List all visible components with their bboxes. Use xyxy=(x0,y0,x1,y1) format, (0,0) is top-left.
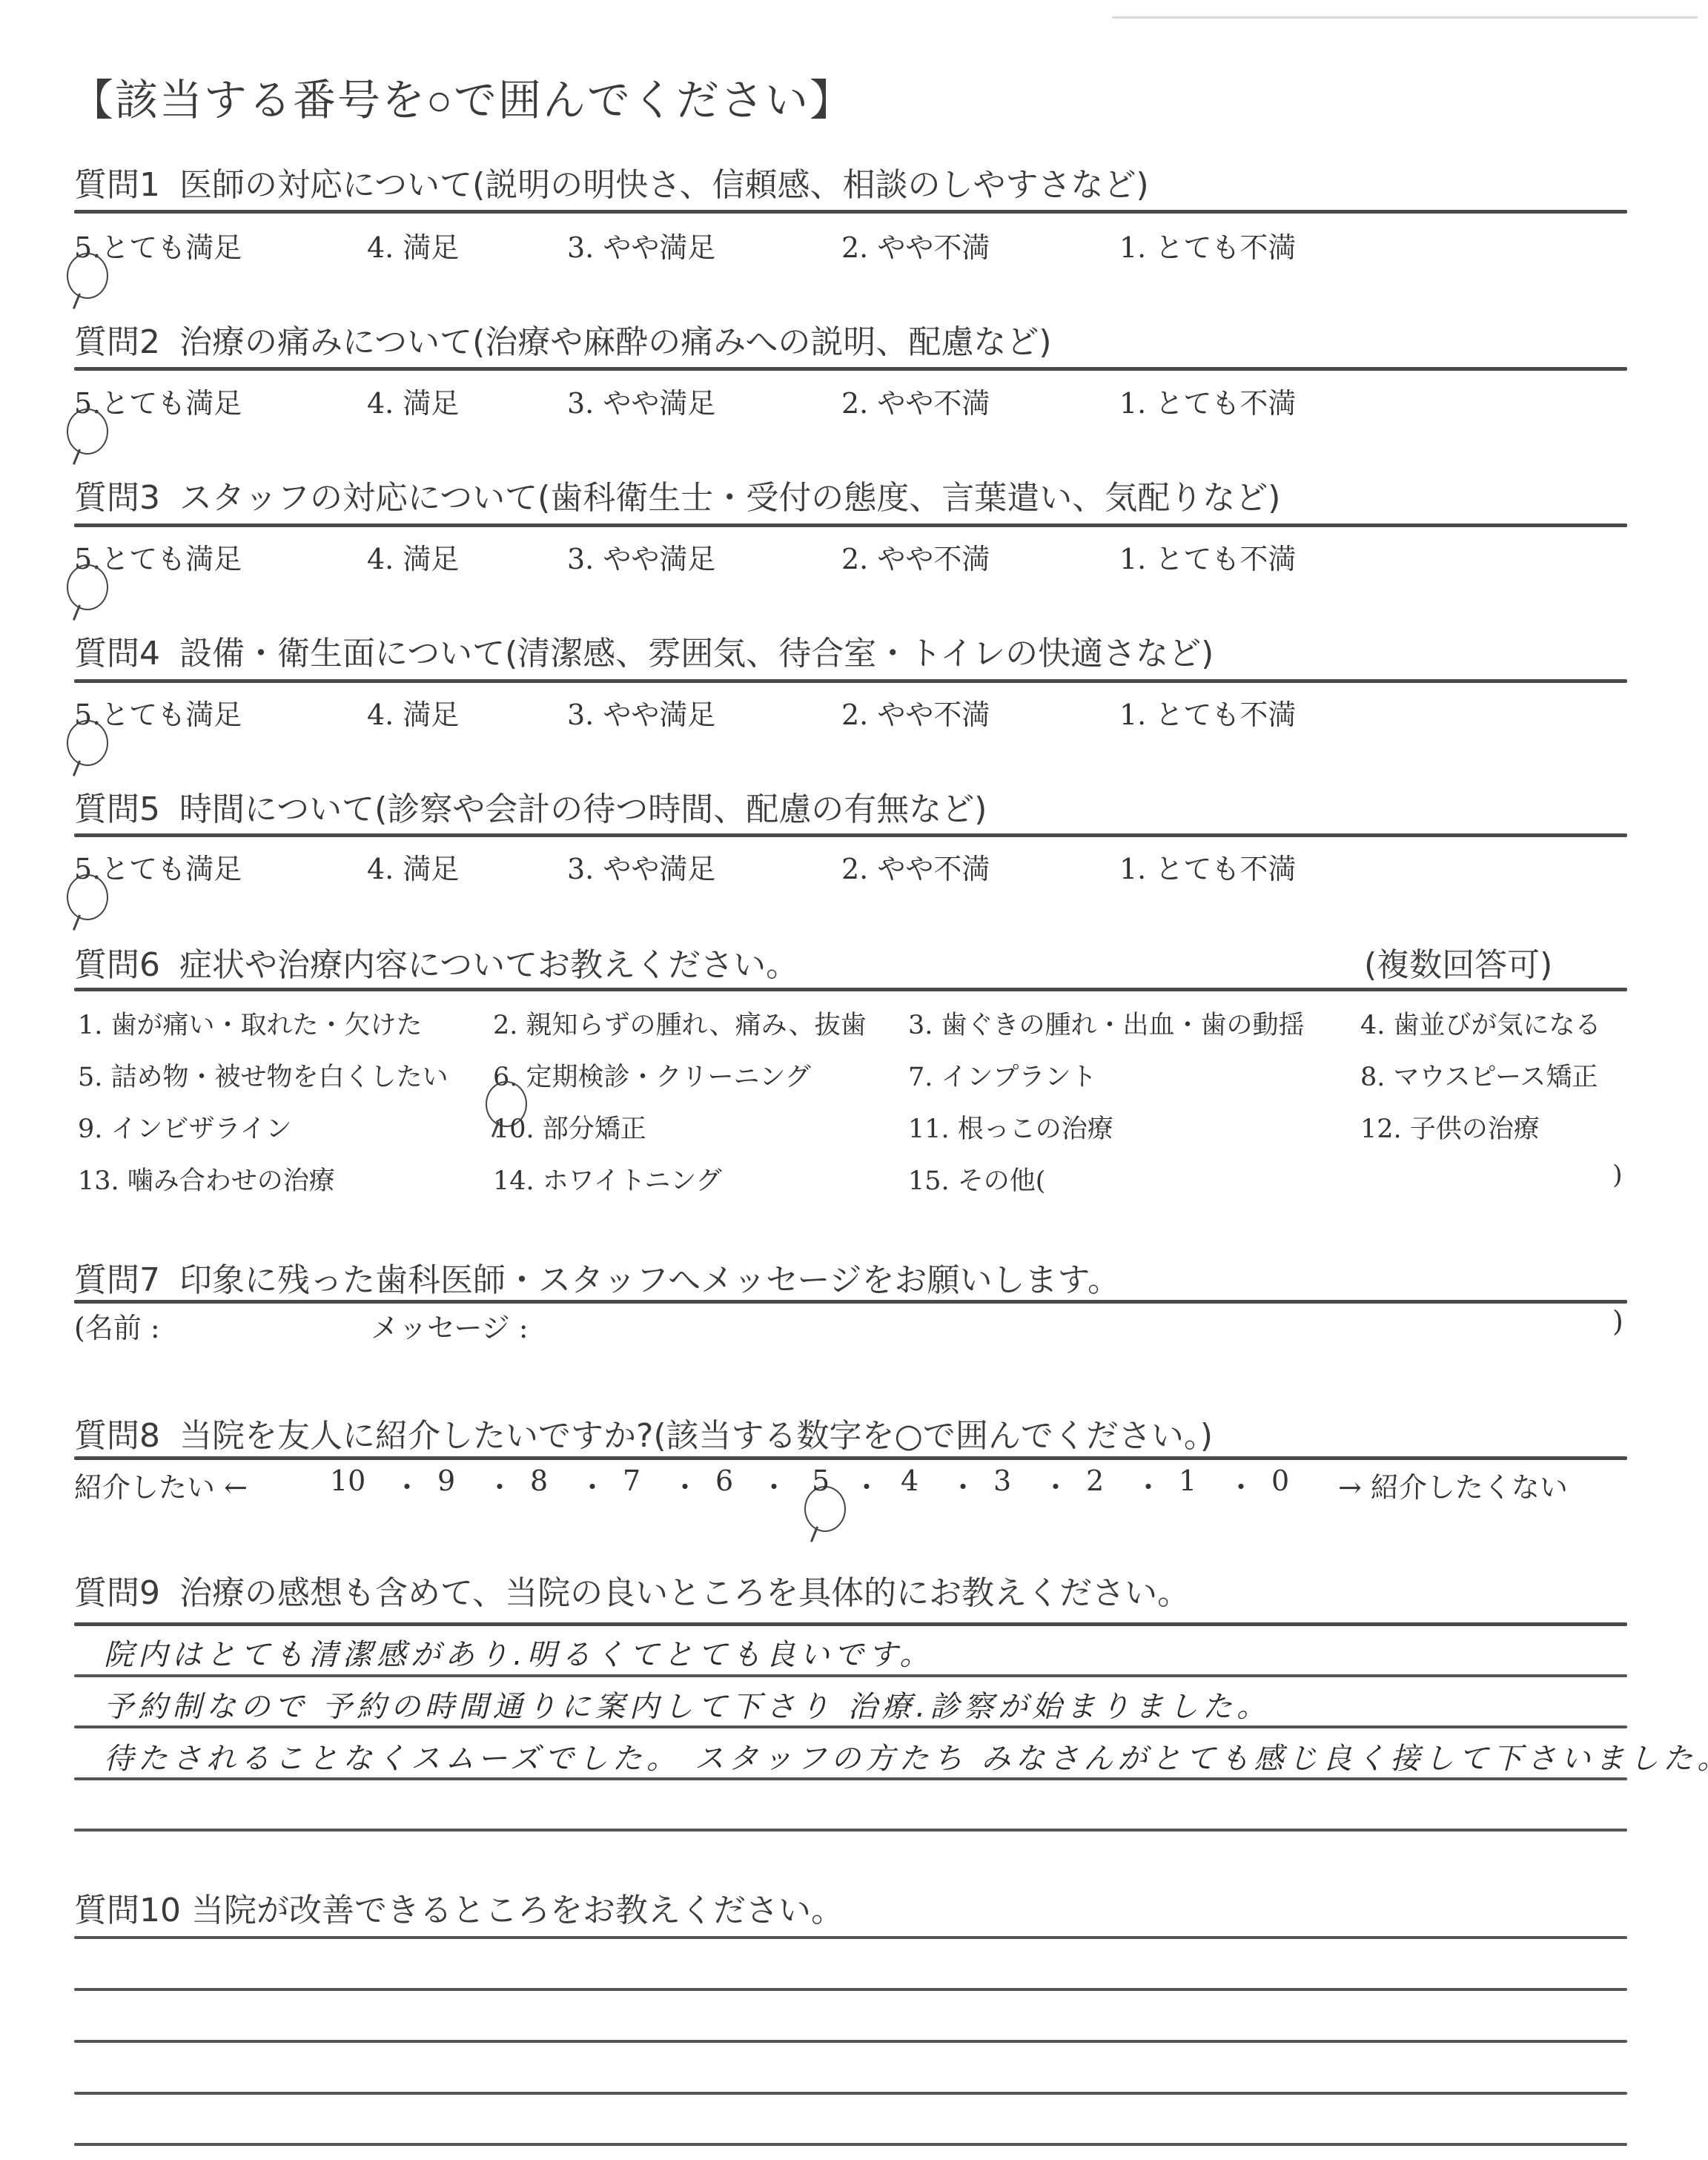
question-text: 症状や治療内容についてお教えください。 xyxy=(179,946,798,984)
scale-9[interactable]: 9 xyxy=(437,1464,455,1497)
question-10-title: 質問10当院が改善できるところをお教えください。 xyxy=(74,1883,844,1931)
question-text: 設備・衛生面について(清潔感、雰囲気、待合室・トイレの快適さなど) xyxy=(179,635,1214,673)
q6-option-4[interactable]: 4. 歯並びが気になる xyxy=(1360,1005,1601,1042)
q9-answer-line-3[interactable]: 待たされることなくスムーズでした。 スタッフの方たち みなさんがとても感じ良く接… xyxy=(104,1735,1708,1777)
q6-option-3[interactable]: 3. 歯ぐきの腫れ・出血・歯の動揺 xyxy=(908,1005,1305,1042)
option-4[interactable]: 4. 満足 xyxy=(367,225,459,265)
form-instruction: 【該当する番号を○で囲んでください】 xyxy=(70,65,854,128)
q6-option-2[interactable]: 2. 親知らずの腫れ、痛み、抜歯 xyxy=(493,1005,867,1042)
answer-line xyxy=(74,1829,1627,1832)
question-number: 質問1 xyxy=(74,166,160,204)
scale-separator: ・ xyxy=(760,1464,788,1505)
q6-option-8[interactable]: 8. マウスピース矯正 xyxy=(1360,1057,1598,1094)
option-4[interactable]: 4. 満足 xyxy=(367,846,459,887)
option-2[interactable]: 2. やや不満 xyxy=(841,846,990,887)
answer-line xyxy=(74,2092,1627,2095)
option-3[interactable]: 3. やや満足 xyxy=(567,225,715,265)
option-3[interactable]: 3. やや満足 xyxy=(567,846,715,887)
question-number: 質問10 xyxy=(74,1892,181,1929)
scan-edge-rule xyxy=(1112,16,1698,19)
recommend-scale: 紹介したい ← 10 ・ 9 ・ 8 ・ 7 ・ 6 ・ 5 ・ 4 ・ 3 ・… xyxy=(74,1464,1631,1509)
q6-option-11[interactable]: 11. 根っこの治療 xyxy=(908,1109,1113,1146)
scale-separator: ・ xyxy=(853,1464,881,1505)
scale-separator: ・ xyxy=(949,1464,977,1505)
q6-option-5[interactable]: 5. 詰め物・被せ物を白くしたい xyxy=(78,1057,448,1094)
q6-option-14[interactable]: 14. ホワイトニング xyxy=(493,1160,722,1198)
close-paren: ) xyxy=(1612,1305,1623,1338)
option-1[interactable]: 1. とても不満 xyxy=(1119,225,1296,265)
q6-option-10[interactable]: 10. 部分矯正 xyxy=(493,1109,646,1146)
option-2[interactable]: 2. やや不満 xyxy=(841,380,990,421)
scale-0[interactable]: 0 xyxy=(1271,1464,1289,1497)
option-4[interactable]: 4. 満足 xyxy=(367,380,459,421)
answer-line xyxy=(74,1777,1627,1780)
q6-option-12[interactable]: 12. 子供の治療 xyxy=(1360,1109,1540,1146)
question-number: 質問9 xyxy=(74,1574,160,1612)
option-3[interactable]: 3. やや満足 xyxy=(567,536,715,577)
question-text: 医師の対応について(説明の明快さ、信頼感、相談のしやすさなど) xyxy=(179,166,1149,204)
answer-line xyxy=(74,1936,1627,1939)
question-5-title: 質問5時間について(診察や会計の待つ時間、配慮の有無など) xyxy=(74,782,987,830)
answer-line xyxy=(74,1988,1627,1991)
option-4[interactable]: 4. 満足 xyxy=(367,692,459,733)
question-number: 質問8 xyxy=(74,1417,160,1455)
question-text: スタッフの対応について(歯科衛生士・受付の態度、言葉遣い、気配りなど) xyxy=(179,479,1280,517)
message-field[interactable] xyxy=(563,1305,1586,1341)
answer-line xyxy=(74,2040,1627,2043)
scale-separator: ・ xyxy=(578,1464,606,1505)
scale-8[interactable]: 8 xyxy=(530,1464,548,1497)
question-text: 当院を友人に紹介したいですか?(該当する数字を○で囲んでください。) xyxy=(179,1417,1213,1455)
option-4[interactable]: 4. 満足 xyxy=(367,536,459,577)
answer-line xyxy=(74,2143,1627,2146)
q6-option-1[interactable]: 1. 歯が痛い・取れた・欠けた xyxy=(78,1005,423,1042)
option-2[interactable]: 2. やや不満 xyxy=(841,692,990,733)
divider xyxy=(74,1300,1627,1304)
option-2[interactable]: 2. やや不満 xyxy=(841,536,990,577)
question-text: 当院が改善できるところをお教えください。 xyxy=(191,1892,844,1929)
scale-separator: ・ xyxy=(486,1464,514,1505)
option-2[interactable]: 2. やや不満 xyxy=(841,225,990,265)
option-3[interactable]: 3. やや満足 xyxy=(567,692,715,733)
question-text: 時間について(診察や会計の待つ時間、配慮の有無など) xyxy=(179,790,987,828)
option-3[interactable]: 3. やや満足 xyxy=(567,380,715,421)
question-text: 治療の感想も含めて、当院の良いところを具体的にお教えください。 xyxy=(179,1574,1190,1612)
option-1[interactable]: 1. とても不満 xyxy=(1119,536,1296,577)
option-5[interactable]: 5.とても満足 xyxy=(74,692,242,733)
question-7-title: 質問7印象に残った歯科医師・スタッフへメッセージをお願いします。 xyxy=(74,1253,1120,1301)
scale-separator: ・ xyxy=(1042,1464,1070,1505)
divider xyxy=(74,1456,1627,1460)
question-8-title: 質問8当院を友人に紹介したいですか?(該当する数字を○で囲んでください。) xyxy=(74,1409,1213,1456)
scale-10[interactable]: 10 xyxy=(330,1464,365,1497)
divider xyxy=(74,524,1627,527)
option-5[interactable]: 5.とても満足 xyxy=(74,536,242,577)
scale-separator: ・ xyxy=(1134,1464,1162,1505)
answer-line xyxy=(74,1725,1627,1728)
question-4-title: 質問4設備・衛生面について(清潔感、雰囲気、待合室・トイレの快適さなど) xyxy=(74,627,1214,674)
scale-separator: ・ xyxy=(393,1464,421,1505)
question-text: 治療の痛みについて(治療や麻酔の痛みへの説明、配慮など) xyxy=(179,323,1052,361)
q6-option-6[interactable]: 6. 定期検診・クリーニング xyxy=(493,1057,811,1094)
question-number: 質問7 xyxy=(74,1261,160,1299)
question-3-title: 質問3スタッフの対応について(歯科衛生士・受付の態度、言葉遣い、気配りなど) xyxy=(74,471,1280,518)
divider xyxy=(74,367,1627,371)
scale-right-label: → 紹介したくない xyxy=(1338,1464,1568,1505)
scale-separator: ・ xyxy=(1227,1464,1255,1505)
question-number: 質問5 xyxy=(74,790,160,828)
q6-other-close-paren: ) xyxy=(1612,1160,1623,1190)
divider xyxy=(74,1622,1627,1626)
q6-option-9[interactable]: 9. インビザライン xyxy=(78,1109,291,1146)
question-number: 質問6 xyxy=(74,946,160,984)
scale-3[interactable]: 3 xyxy=(993,1464,1011,1497)
question-number: 質問4 xyxy=(74,635,160,673)
option-5[interactable]: 5.とても満足 xyxy=(74,225,242,265)
question-number: 質問3 xyxy=(74,479,160,517)
q9-answer-line-2[interactable]: 予約制なので 予約の時間通りに案内して下さり 治療.診察が始まりました。 xyxy=(104,1683,1271,1725)
scale-left-label: 紹介したい ← xyxy=(74,1464,248,1505)
question-6-title: 質問6症状や治療内容についてお教えください。 xyxy=(74,938,798,985)
message-label: メッセージ : xyxy=(371,1305,529,1346)
divider xyxy=(74,210,1627,214)
q6-option-15[interactable]: 15. その他( xyxy=(908,1160,1045,1198)
divider xyxy=(74,679,1627,683)
scale-2[interactable]: 2 xyxy=(1086,1464,1104,1497)
multiple-answers-note: (複数回答可) xyxy=(1364,938,1552,985)
option-5[interactable]: 5.とても満足 xyxy=(74,380,242,421)
scale-1[interactable]: 1 xyxy=(1179,1464,1196,1497)
scale-4[interactable]: 4 xyxy=(901,1464,918,1497)
question-2-title: 質問2治療の痛みについて(治療や麻酔の痛みへの説明、配慮など) xyxy=(74,315,1052,363)
divider xyxy=(74,988,1627,991)
q6-option-7[interactable]: 7. インプラント xyxy=(908,1057,1097,1094)
name-label: (名前 : xyxy=(74,1305,160,1346)
answer-line xyxy=(74,1674,1627,1677)
scale-6[interactable]: 6 xyxy=(715,1464,733,1497)
divider xyxy=(74,833,1627,837)
question-1-title: 質問1医師の対応について(説明の明快さ、信頼感、相談のしやすさなど) xyxy=(74,158,1149,205)
option-1[interactable]: 1. とても不満 xyxy=(1119,380,1296,421)
option-1[interactable]: 1. とても不満 xyxy=(1119,846,1296,887)
question-number: 質問2 xyxy=(74,323,160,361)
q9-answer-line-1[interactable]: 院内はとても清潔感があり.明るくてとても良いです。 xyxy=(104,1631,934,1674)
question-9-title: 質問9治療の感想も含めて、当院の良いところを具体的にお教えください。 xyxy=(74,1566,1190,1614)
option-1[interactable]: 1. とても不満 xyxy=(1119,692,1296,733)
name-field[interactable] xyxy=(171,1305,319,1341)
question-text: 印象に残った歯科医師・スタッフへメッセージをお願いします。 xyxy=(179,1261,1120,1299)
option-5[interactable]: 5.とても満足 xyxy=(74,846,242,887)
q6-option-13[interactable]: 13. 噛み合わせの治療 xyxy=(78,1160,335,1198)
scale-7[interactable]: 7 xyxy=(623,1464,640,1497)
scale-separator: ・ xyxy=(671,1464,699,1505)
